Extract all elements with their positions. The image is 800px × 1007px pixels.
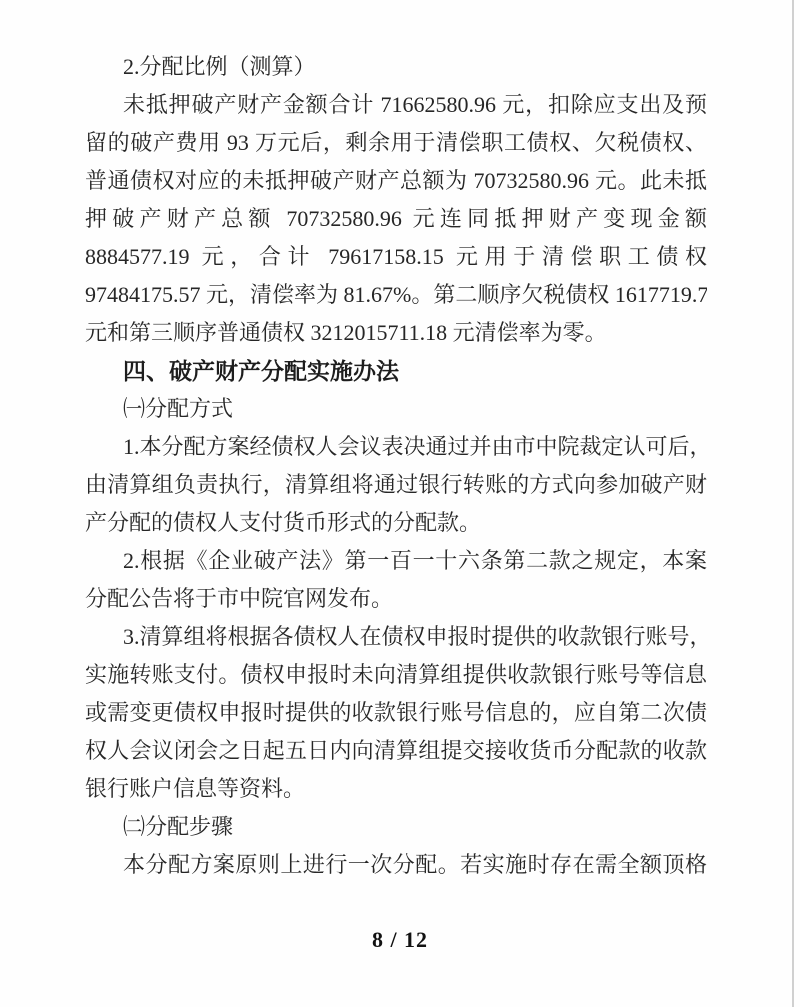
section-heading-implementation: 四、破产财产分配实施办法 [85, 352, 707, 390]
paragraph-method-3-line: 或需变更债权申报时提供的收款银行账号信息的，应自第二次债 [85, 694, 707, 732]
paragraph-method-3-line: 权人会议闭会之日起五日内向清算组提交接收货币分配款的收款 [85, 732, 707, 770]
paragraph-method-2-line: 2.根据《企业破产法》第一百一十六条第二款之规定，本案 [85, 542, 707, 580]
paragraph-method-1-line: 产分配的债权人支付货币形式的分配款。 [85, 504, 707, 542]
document-page: 2.分配比例（测算） 未抵押破产财产金额合计 71662580.96 元，扣除应… [0, 0, 800, 1007]
paragraph-method-3-line: 实施转账支付。债权申报时未向清算组提供收款银行账号等信息 [85, 656, 707, 694]
paragraph-ratio-line: 97484175.57 元，清偿率为 81.67%。第二顺序欠税债权 16177… [85, 276, 707, 314]
paragraph-ratio-line: 留的破产费用 93 万元后，剩余用于清偿职工债权、欠税债权、 [85, 124, 707, 162]
paragraph-method-3-line: 3.清算组将根据各债权人在债权申报时提供的收款银行账号， [85, 618, 707, 656]
paragraph-ratio-line: 押破产财产总额 70732580.96 元连同抵押财产变现金额 [85, 200, 707, 238]
paragraph-ratio-line: 未抵押破产财产金额合计 71662580.96 元，扣除应支出及预 [85, 86, 707, 124]
paragraph-ratio-line: 元和第三顺序普通债权 3212015711.18 元清偿率为零。 [85, 314, 707, 352]
page-number: 8 / 12 [0, 926, 800, 954]
document-body: 2.分配比例（测算） 未抵押破产财产金额合计 71662580.96 元，扣除应… [85, 48, 707, 884]
subheading-distribution-steps: ㈡分配步骤 [85, 808, 707, 846]
subheading-distribution-ratio: 2.分配比例（测算） [85, 48, 707, 86]
paragraph-steps-line: 本分配方案原则上进行一次分配。若实施时存在需全额顶格 [85, 846, 707, 884]
paragraph-ratio-line: 8884577.19 元，合计 79617158.15 元用于清偿职工债权 [85, 238, 707, 276]
subheading-distribution-method: ㈠分配方式 [85, 390, 707, 428]
paragraph-method-1-line: 1.本分配方案经债权人会议表决通过并由市中院裁定认可后， [85, 428, 707, 466]
paragraph-ratio-line: 普通债权对应的未抵押破产财产总额为 70732580.96 元。此未抵 [85, 162, 707, 200]
scan-edge-line [792, 0, 794, 1007]
paragraph-method-3-line: 银行账户信息等资料。 [85, 770, 707, 808]
paragraph-method-2-line: 分配公告将于市中院官网发布。 [85, 580, 707, 618]
paragraph-method-1-line: 由清算组负责执行，清算组将通过银行转账的方式向参加破产财 [85, 466, 707, 504]
